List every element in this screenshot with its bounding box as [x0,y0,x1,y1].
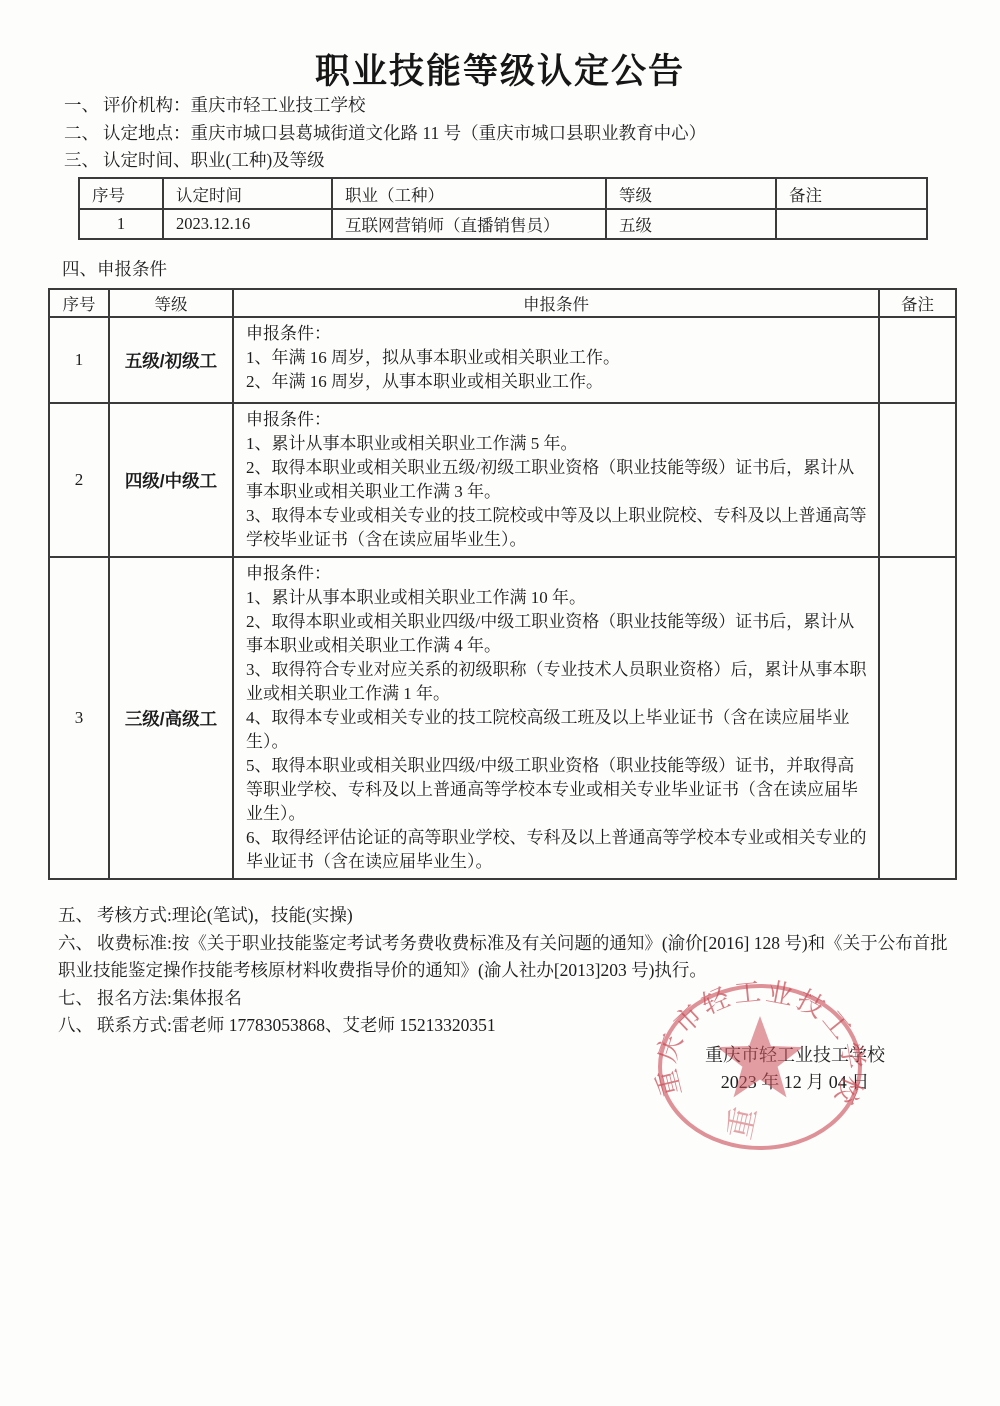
document-page: 职业技能等级认定公告 一、评价机构：重庆市轻工业技工学校二、认定地点：重庆市城口… [0,0,1000,1406]
column-header: 认定时间 [163,178,332,209]
table-cell: 1 [79,209,163,239]
schedule-header-row: 序号认定时间职业（工种）等级备注 [79,178,927,209]
numbered-item: 八、联系方式:雷老师 17783053868、艾老师 15213320351 [58,1012,956,1040]
item-text: 报名方法:集体报名 [97,988,242,1008]
note-cell [879,317,956,403]
condition-line: 1、累计从事本职业或相关职业工作满 5 年。 [246,432,868,456]
table-cell: 互联网营销师（直播销售员） [332,209,606,239]
note-cell [879,403,956,557]
condition-line: 申报条件： [246,408,868,432]
column-header: 备注 [776,178,927,209]
item-number: 八、 [58,1015,97,1035]
item-text: 联系方式:雷老师 17783053868、艾老师 15213320351 [97,1015,496,1035]
condition-line: 4、取得本专业或相关专业的技工院校高级工班及以上毕业证书（含在读应届毕业生）。 [246,706,868,754]
item-number: 二、 [64,123,103,143]
item-number: 三、 [64,150,103,170]
item-text: 考核方式:理论(笔试)，技能(实操) [97,905,353,925]
level-cell: 四级/中级工 [109,403,233,557]
table-cell: 2023.12.16 [163,209,332,239]
item-number: 五、 [58,905,97,925]
level-cell: 五级/初级工 [109,317,233,403]
condition-line: 3、取得符合专业对应关系的初级职称（专业技术人员职业资格）后，累计从事本职业或相… [246,658,868,706]
section-heading-conditions: 四、申报条件 [62,256,167,281]
condition-line: 3、取得本专业或相关专业的技工院校或中等及以上职业院校、专科及以上普通高等学校毕… [246,504,868,552]
condition-line: 2、取得本职业或相关职业五级/初级工职业资格（职业技能等级）证书后，累计从事本职… [246,456,868,504]
signature-block: 重庆市轻工业技工学校 2023 年 12 月 04 日 [688,1042,902,1096]
conditions-header-row: 序号等级申报条件备注 [49,289,956,317]
column-header: 等级 [109,289,233,317]
numbered-item: 一、评价机构：重庆市轻工业技工学校 [64,92,964,120]
table-cell: 五级 [606,209,776,239]
numbered-item: 三、认定时间、职业(工种)及等级 [64,147,964,175]
column-header: 备注 [879,289,956,317]
seal-bottom-character: 重 [721,1103,763,1142]
footer-list: 五、考核方式:理论(笔试)，技能(实操)六、收费标准:按《关于职业技能鉴定考试考… [58,902,956,1040]
column-header: 申报条件 [233,289,879,317]
table-row: 12023.12.16互联网营销师（直播销售员）五级 [79,209,927,239]
condition-line: 1、累计从事本职业或相关职业工作满 10 年。 [246,586,868,610]
schedule-table: 序号认定时间职业（工种）等级备注 12023.12.16互联网营销师（直播销售员… [78,177,928,240]
condition-line: 申报条件： [246,322,868,346]
condition-line: 申报条件： [246,562,868,586]
page-title: 职业技能等级认定公告 [0,44,1000,94]
serial-number-cell: 3 [49,557,109,879]
condition-line: 2、年满 16 周岁，从事本职业或相关职业工作。 [246,370,868,394]
signature-org: 重庆市轻工业技工学校 [688,1042,902,1069]
conditions-cell: 申报条件：1、累计从事本职业或相关职业工作满 10 年。2、取得本职业或相关职业… [233,557,879,879]
item-text: 收费标准:按《关于职业技能鉴定考试考务费收费标准及有关问题的通知》(渝价[201… [58,933,948,981]
note-cell [879,557,956,879]
numbered-item: 七、报名方法:集体报名 [58,985,956,1013]
column-header: 职业（工种） [332,178,606,209]
serial-number-cell: 1 [49,317,109,403]
column-header: 等级 [606,178,776,209]
table-cell [776,209,927,239]
item-number: 一、 [64,95,103,115]
conditions-cell: 申报条件：1、年满 16 周岁，拟从事本职业或相关职业工作。2、年满 16 周岁… [233,317,879,403]
serial-number-cell: 2 [49,403,109,557]
item-text: 评价机构：重庆市轻工业技工学校 [103,95,366,115]
table-row: 3三级/高级工申报条件：1、累计从事本职业或相关职业工作满 10 年。2、取得本… [49,557,956,879]
condition-line: 2、取得本职业或相关职业四级/中级工职业资格（职业技能等级）证书后，累计从事本职… [246,610,868,658]
level-cell: 三级/高级工 [109,557,233,879]
item-number: 七、 [58,988,97,1008]
item-text: 认定时间、职业(工种)及等级 [103,150,325,170]
table-row: 2四级/中级工申报条件：1、累计从事本职业或相关职业工作满 5 年。2、取得本职… [49,403,956,557]
table-row: 1五级/初级工申报条件：1、年满 16 周岁，拟从事本职业或相关职业工作。2、年… [49,317,956,403]
condition-line: 1、年满 16 周岁，拟从事本职业或相关职业工作。 [246,346,868,370]
numbered-item: 五、考核方式:理论(笔试)，技能(实操) [58,902,956,930]
column-header: 序号 [49,289,109,317]
conditions-table: 序号等级申报条件备注 1五级/初级工申报条件：1、年满 16 周岁，拟从事本职业… [48,288,957,880]
item-text: 认定地点：重庆市城口县葛城街道文化路 11 号（重庆市城口县职业教育中心） [103,123,706,143]
condition-line: 6、取得经评估论证的高等职业学校、专科及以上普通高等学校本专业或相关专业的毕业证… [246,826,868,874]
numbered-item: 二、认定地点：重庆市城口县葛城街道文化路 11 号（重庆市城口县职业教育中心） [64,120,964,148]
numbered-item: 六、收费标准:按《关于职业技能鉴定考试考务费收费标准及有关问题的通知》(渝价[2… [58,930,956,985]
conditions-cell: 申报条件：1、累计从事本职业或相关职业工作满 5 年。2、取得本职业或相关职业五… [233,403,879,557]
intro-list: 一、评价机构：重庆市轻工业技工学校二、认定地点：重庆市城口县葛城街道文化路 11… [64,92,964,175]
signature-date: 2023 年 12 月 04 日 [688,1069,902,1096]
item-number: 六、 [58,933,97,953]
column-header: 序号 [79,178,163,209]
condition-line: 5、取得本职业或相关职业四级/中级工职业资格（职业技能等级）证书，并取得高等职业… [246,754,868,826]
